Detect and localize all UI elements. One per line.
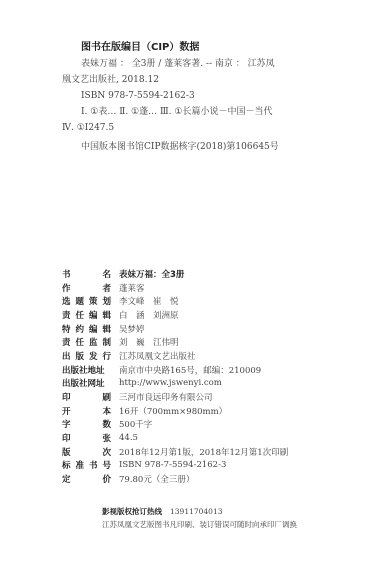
print-error-notice: 江苏凤凰文艺版图书凡印刷、装订错误可随时向承印厂调换 <box>102 518 297 531</box>
info-row: 书名表妹万福：全3册 <box>62 267 288 281</box>
info-label: 特约编辑 <box>62 323 111 335</box>
info-label-char: 出 <box>62 350 71 362</box>
info-label-char: 题 <box>75 295 84 307</box>
info-label-char: 版 <box>62 446 71 458</box>
info-label-char: 号 <box>102 459 111 471</box>
info-label-char: 任 <box>75 309 84 321</box>
info-label-char: 张 <box>102 432 111 444</box>
info-value: 南京市中央路165号，邮编：210009 <box>119 364 261 376</box>
info-value: 79.80元（全三册） <box>119 473 194 485</box>
info-label-char: 开 <box>62 405 71 417</box>
info-value: 三河市良远印务有限公司 <box>119 391 213 403</box>
info-label-char: 定 <box>62 473 71 485</box>
info-row: 特约编辑吴梦婷 <box>62 322 288 336</box>
info-label: 版次 <box>62 446 111 458</box>
info-row: 开本16开（700mm×980mm） <box>62 404 288 418</box>
info-row: 版次2018年12月第1版，2018年12月第1次印刷 <box>62 445 288 459</box>
info-label: 开本 <box>62 405 111 417</box>
info-value: 16开（700mm×980mm） <box>119 405 227 417</box>
info-label-char: 编 <box>89 309 98 321</box>
info-label-char: 书 <box>62 268 71 280</box>
info-label: 作者 <box>62 282 111 294</box>
info-value: 500千字 <box>119 418 152 430</box>
info-label-char: 选 <box>62 295 71 307</box>
info-value: 李文峰 崔 悦 <box>119 295 179 307</box>
info-row: 责任监制刘 巍 江伟明 <box>62 335 288 349</box>
info-row: 标准书号ISBN 978-7-5594-2162-3 <box>62 459 288 473</box>
info-label-char: 作 <box>62 282 71 294</box>
info-label-char: 出版社网址 <box>62 377 105 389</box>
cip-verification-number: 中国版本图书馆CIP数据核字(2018)第106645号 <box>81 139 279 152</box>
info-label-char: 约 <box>75 323 84 335</box>
cip-line-title: 表妹万福 ： 全3册 / 蓬莱客著. -- 南京 ： 江苏凤 <box>62 56 322 72</box>
info-value: 吴梦婷 <box>119 323 145 335</box>
info-label-char: 书 <box>89 459 98 471</box>
info-value: 表妹万福：全3册 <box>119 268 184 280</box>
cip-line-classification-number: Ⅳ. ①I247.5 <box>62 120 322 136</box>
info-value: 44.5 <box>119 433 138 443</box>
info-row: 印刷三河市良远印务有限公司 <box>62 390 288 404</box>
info-label: 印张 <box>62 432 111 444</box>
info-label: 字数 <box>62 418 111 430</box>
info-value: 2018年12月第1版，2018年12月第1次印刷 <box>119 446 288 458</box>
info-row: 出版社网址http://www.jswenyi.com <box>62 377 288 391</box>
info-label-char: 策 <box>89 295 98 307</box>
info-label-char: 名 <box>102 268 111 280</box>
info-label-char: 出版社地址 <box>62 364 105 376</box>
info-label: 印刷 <box>62 391 111 403</box>
info-label-char: 者 <box>102 282 111 294</box>
cip-title: 图书在版编目（CIP）数据 <box>81 38 199 53</box>
info-row: 印张44.5 <box>62 431 288 445</box>
cip-record: 表妹万福 ： 全3册 / 蓬莱客著. -- 南京 ： 江苏凤 凰文艺出版社, 2… <box>62 56 322 136</box>
info-label-char: 版 <box>75 350 84 362</box>
info-label: 出版发行 <box>62 350 111 362</box>
info-label-char: 辑 <box>102 323 111 335</box>
info-label-char: 任 <box>75 336 84 348</box>
info-label-char: 标 <box>62 459 71 471</box>
hotline-number: 13911704013 <box>170 507 223 516</box>
cip-line-publisher: 凰文艺出版社, 2018.12 <box>62 72 322 88</box>
cip-line-classification: Ⅰ. ①表… Ⅱ. ①蓬… Ⅲ. ①长篇小说－中国－当代 <box>62 104 322 120</box>
info-row: 出版社地址南京市中央路165号，邮编：210009 <box>62 363 288 377</box>
info-label: 出版社地址 <box>62 364 111 376</box>
info-label-char: 数 <box>102 418 111 430</box>
footer: 影视版权抢订热线 13911704013 江苏凤凰文艺版图书凡印刷、装订错误可随… <box>102 505 297 531</box>
info-value: http://www.jswenyi.com <box>119 378 222 388</box>
info-label-char: 准 <box>75 459 84 471</box>
info-row: 责任编辑白 涵 刘洲原 <box>62 308 288 322</box>
info-row: 定价79.80元（全三册） <box>62 472 288 486</box>
info-value: 刘 巍 江伟明 <box>119 336 179 348</box>
info-label-char: 责 <box>62 336 71 348</box>
info-value: ISBN 978-7-5594-2162-3 <box>119 460 226 470</box>
info-label-char: 字 <box>62 418 71 430</box>
info-value: 蓬莱客 <box>119 282 145 294</box>
info-label-char: 行 <box>102 350 111 362</box>
info-label-char: 编 <box>89 323 98 335</box>
info-label-char: 印 <box>62 391 71 403</box>
info-label-char: 责 <box>62 309 71 321</box>
info-label-char: 特 <box>62 323 71 335</box>
info-label: 责任编辑 <box>62 309 111 321</box>
info-row: 出版发行江苏凤凰文艺出版社 <box>62 349 288 363</box>
info-row: 作者蓬莱客 <box>62 281 288 295</box>
hotline-label: 影视版权抢订热线 <box>102 506 162 517</box>
cip-line-isbn: ISBN 978-7-5594-2162-3 <box>62 88 322 104</box>
info-label-char: 印 <box>62 432 71 444</box>
info-row: 选题策划李文峰 崔 悦 <box>62 294 288 308</box>
info-label: 出版社网址 <box>62 377 111 389</box>
info-label-char: 本 <box>102 405 111 417</box>
info-label: 书名 <box>62 268 111 280</box>
publication-info-table: 书名表妹万福：全3册作者蓬莱客选题策划李文峰 崔 悦责任编辑白 涵 刘洲原特约编… <box>62 267 288 486</box>
info-label-char: 次 <box>102 446 111 458</box>
info-label-char: 刷 <box>102 391 111 403</box>
info-label-char: 发 <box>89 350 98 362</box>
info-label: 选题策划 <box>62 295 111 307</box>
info-label: 标准书号 <box>62 459 111 471</box>
info-label: 定价 <box>62 473 111 485</box>
info-label-char: 制 <box>102 336 111 348</box>
info-value: 白 涵 刘洲原 <box>119 309 179 321</box>
copyright-hotline: 影视版权抢订热线 13911704013 <box>102 505 297 518</box>
info-row: 字数500千字 <box>62 418 288 432</box>
info-value: 江苏凤凰文艺出版社 <box>119 350 196 362</box>
info-label-char: 价 <box>102 473 111 485</box>
info-label-char: 划 <box>102 295 111 307</box>
info-label-char: 辑 <box>102 309 111 321</box>
info-label-char: 监 <box>89 336 98 348</box>
info-label: 责任监制 <box>62 336 111 348</box>
